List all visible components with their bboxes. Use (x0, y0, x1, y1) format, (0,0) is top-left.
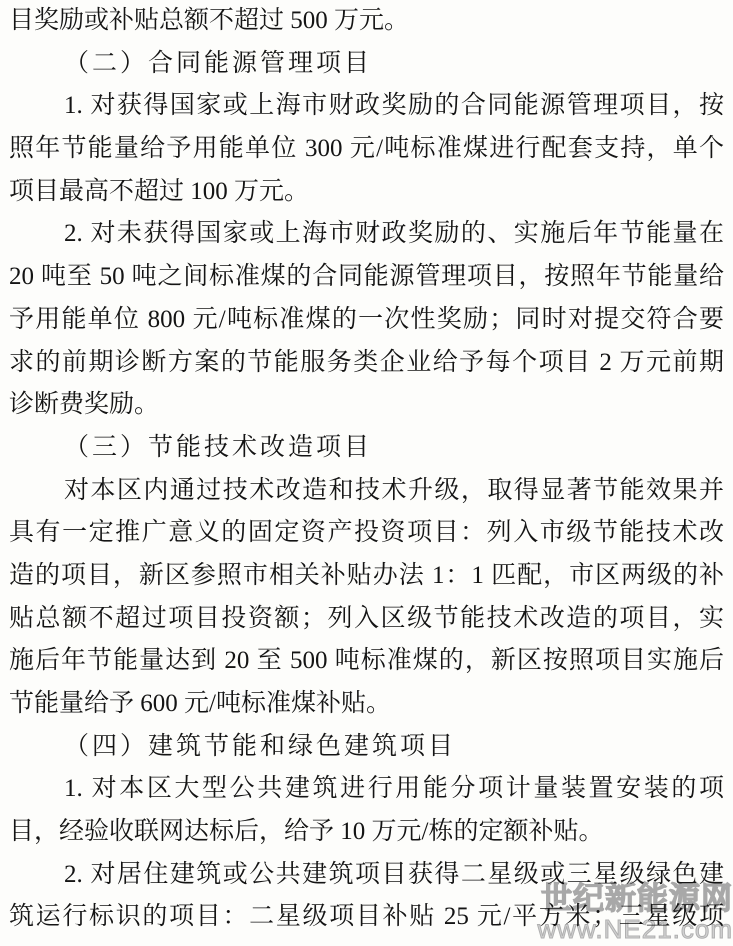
document-line: 1. 对获得国家或上海市财政奖励的合同能源管理项目，按 (9, 85, 724, 128)
document-line: 求的前期诊断方案的节能服务类企业给予每个项目 2 万元前期 (9, 342, 724, 385)
document-line: 照年节能量给予用能单位 300 元/吨标准煤进行配套支持，单个 (9, 128, 724, 171)
document-line: 目，经验收联网达标后，给予 10 万元/栋的定额补贴。 (9, 811, 724, 854)
document-line: 筑运行标识的项目：二星级项目补贴 25 元/平方米；三星级项 (9, 896, 724, 939)
document-page: 目奖励或补贴总额不超过 500 万元。（二）合同能源管理项目1. 对获得国家或上… (9, 0, 724, 939)
document-line: 施后年节能量达到 20 至 500 吨标准煤的，新区按照项目实施后 (9, 640, 724, 683)
document-line: （四）建筑节能和绿色建筑项目 (9, 726, 724, 769)
document-line: 1. 对本区大型公共建筑进行用能分项计量装置安装的项 (9, 768, 724, 811)
document-line: （二）合同能源管理项目 (9, 43, 724, 86)
document-line: （三）节能技术改造项目 (9, 427, 724, 470)
document-line: 2. 对未获得国家或上海市财政奖励的、实施后年节能量在 (9, 213, 724, 256)
document-line: 诊断费奖励。 (9, 384, 724, 427)
document-line: 造的项目，新区参照市相关补贴办法 1：1 匹配，市区两级的补 (9, 555, 724, 598)
document-line: 贴总额不超过项目投资额；列入区级节能技术改造的项目，实 (9, 598, 724, 641)
document-line: 20 吨至 50 吨之间标准煤的合同能源管理项目，按照年节能量给 (9, 256, 724, 299)
document-line: 予用能单位 800 元/吨标准煤的一次性奖励；同时对提交符合要 (9, 299, 724, 342)
document-line: 节能量给予 600 元/吨标准煤补贴。 (9, 683, 724, 726)
document-line: 2. 对居住建筑或公共建筑项目获得二星级或三星级绿色建 (9, 854, 724, 897)
document-line: 具有一定推广意义的固定资产投资项目：列入市级节能技术改 (9, 512, 724, 555)
document-line: 对本区内通过技术改造和技术升级，取得显著节能效果并 (9, 470, 724, 513)
document-line: 项目最高不超过 100 万元。 (9, 171, 724, 214)
document-line: 目奖励或补贴总额不超过 500 万元。 (9, 0, 724, 43)
